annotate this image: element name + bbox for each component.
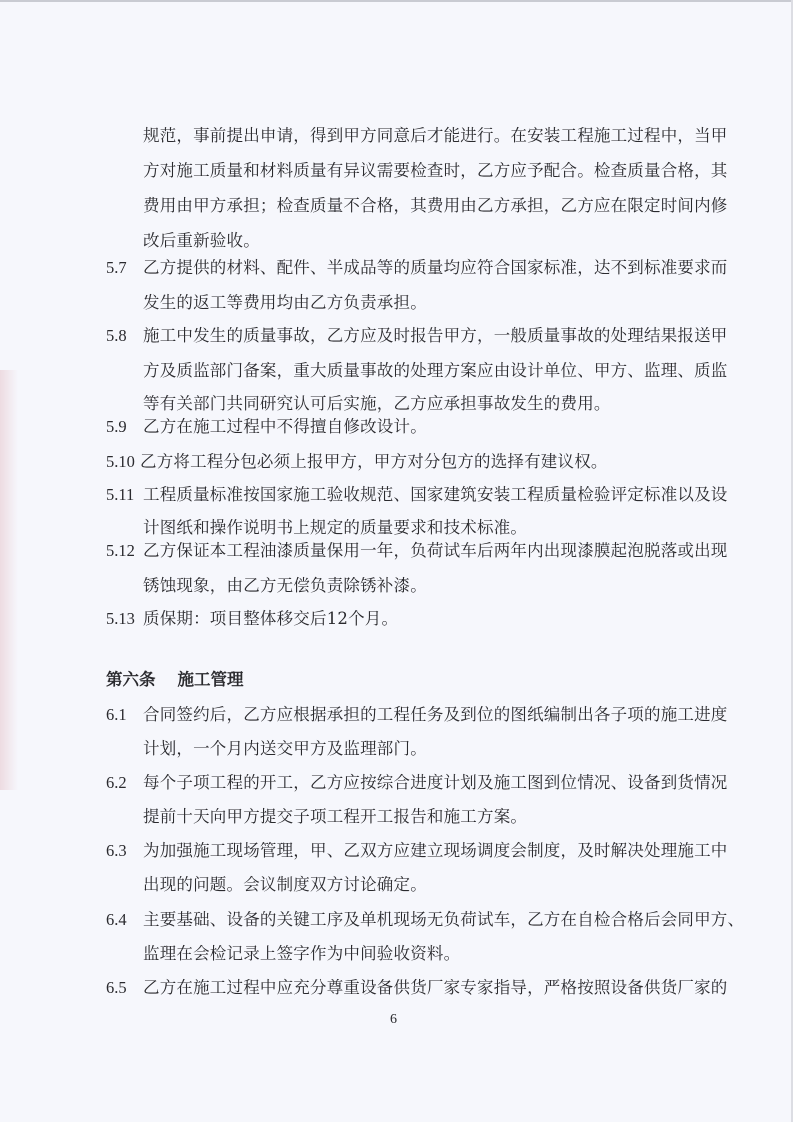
article-number: 第六条 <box>106 670 156 689</box>
clause-line: 乙方提供的材料、配件、半成品等的质量均应符合国家标准，达不到标准要求而 <box>143 258 728 278</box>
clause-line: 工程质量标准按国家施工验收规范、国家建筑安装工程质量检验评定标准以及设 <box>143 485 728 505</box>
clause-line: 等有关部门共同研究认可后实施，乙方应承担事故发生的费用。 <box>143 394 611 414</box>
clause-line: 监理在会检记录上签字作为中间验收资料。 <box>143 944 460 964</box>
clause-number: 6.2 <box>106 773 127 793</box>
clause-line: 主要基础、设备的关键工序及单机现场无负荷试车，乙方在自检合格后会同甲方、 <box>143 910 744 930</box>
clause-line: 出现的问题。会议制度双方讨论确定。 <box>143 875 427 895</box>
article-heading: 第六条施工管理 <box>106 670 244 690</box>
clause-line: 乙方在施工过程中应充分尊重设备供货厂家专家指导，严格按照设备供货厂家的 <box>143 978 728 998</box>
clause-line: 质保期：项目整体移交后12个月。 <box>143 609 398 629</box>
clause-line: 施工中发生的质量事故，乙方应及时报告甲方，一般质量事故的处理结果报送甲 <box>143 326 728 346</box>
paragraph-line: 改后重新验收。 <box>143 231 260 251</box>
clause-number: 5.7 <box>106 258 127 278</box>
clause-line: 乙方将工程分包必须上报甲方，甲方对分包方的选择有建议权。 <box>140 452 608 472</box>
clause-number: 5.10 <box>106 452 135 472</box>
document-page: 规范，事前提出申请，得到甲方同意后才能进行。在安装工程施工过程中，当甲 方对施工… <box>0 0 793 1122</box>
paragraph-line: 费用由甲方承担；检查质量不合格，其费用由乙方承担，乙方应在限定时间内修 <box>143 196 728 216</box>
paragraph-line: 规范，事前提出申请，得到甲方同意后才能进行。在安装工程施工过程中，当甲 <box>143 126 728 146</box>
clause-number: 6.3 <box>106 841 127 861</box>
clause-number: 5.8 <box>106 326 127 346</box>
clause-number: 6.1 <box>106 705 127 725</box>
clause-line: 计划，一个月内送交甲方及监理部门。 <box>143 739 427 759</box>
clause-line: 为加强施工现场管理，甲、乙双方应建立现场调度会制度，及时解决处理施工中 <box>143 841 728 861</box>
clause-number: 5.11 <box>106 485 134 505</box>
clause-line: 乙方保证本工程油漆质量保用一年，负荷试车后两年内出现漆膜起泡脱落或出现 <box>143 541 728 561</box>
article-title: 施工管理 <box>178 670 244 689</box>
clause-number: 5.9 <box>106 417 127 437</box>
clause-number: 5.12 <box>106 541 135 561</box>
clause-line: 合同签约后，乙方应根据承担的工程任务及到位的图纸编制出各子项的施工进度 <box>143 705 728 725</box>
clause-number: 6.4 <box>106 910 127 930</box>
seal-bleed-mark <box>0 370 18 790</box>
scan-edge-top <box>0 0 793 2</box>
clause-line: 方及质监部门备案，重大质量事故的处理方案应由设计单位、甲方、监理、质监 <box>143 361 728 381</box>
paragraph-line: 方对施工质量和材料质量有异议需要检查时，乙方应予配合。检查质量合格，其 <box>143 161 728 181</box>
clause-number: 5.13 <box>106 609 135 629</box>
clause-line: 发生的返工等费用均由乙方负责承担。 <box>143 293 427 313</box>
clause-number: 6.5 <box>106 978 127 998</box>
clause-line: 乙方在施工过程中不得擅自修改设计。 <box>143 417 427 437</box>
clause-line: 锈蚀现象，由乙方无偿负责除锈补漆。 <box>143 576 427 596</box>
clause-line: 提前十天向甲方提交子项工程开工报告和施工方案。 <box>143 807 527 827</box>
clause-line: 计图纸和操作说明书上规定的质量要求和技术标准。 <box>143 518 527 538</box>
clause-line: 每个子项工程的开工，乙方应按综合进度计划及施工图到位情况、设备到货情况 <box>143 773 728 793</box>
page-number: 6 <box>390 1012 397 1028</box>
